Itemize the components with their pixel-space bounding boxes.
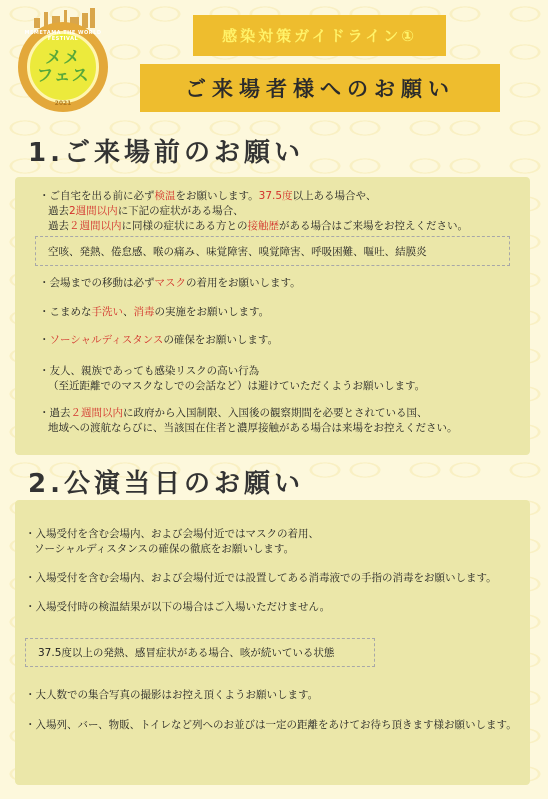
symptoms-list: 空咳、発熱、倦怠感、喉の痛み、味覚障害、嗅覚障害、呼吸困難、嘔吐、結膜炎 (48, 244, 427, 259)
text: ・ (39, 334, 50, 346)
text: に同様の症状にある方との (122, 220, 248, 232)
text: の実施をお願いします。 (155, 306, 270, 318)
section1-item-mask: ・会場までの移動は必ずマスクの着用をお願いします。 (39, 276, 520, 291)
text: ・会場までの移動は必ず (39, 277, 155, 289)
festival-logo: メメ フェス MEMETAMA THE WORLD FESTIVAL 2021 (14, 8, 112, 112)
logo-text-line2: フェス (36, 67, 89, 85)
section1-item-handwash: ・こまめな手洗い、消毒の実施をお願いします。 (39, 305, 520, 320)
fever-conditions: 37.5度以上の発熱、感冒症状がある場合、咳が続いている状態 (38, 645, 334, 660)
section2-item-sanitize: ・入場受付を含む会場内、および会場付近では設置してある消毒液での手指の消毒をお願… (25, 571, 520, 586)
text: の確保をお願いします。 (163, 334, 278, 346)
text: 過去 (48, 205, 69, 217)
section2-item-group-photo: ・大人数での集合写真の撮影はお控え頂くようお願いします。 (25, 688, 520, 703)
section2-item-temperature-check: ・入場受付時の検温結果が以下の場合はご入場いただけません。 (25, 600, 520, 615)
highlight-text: 手洗い (92, 306, 124, 318)
text: がある場合はご来場をお控えください。 (279, 220, 468, 232)
text: ・こまめな (39, 306, 92, 318)
text: に下記の症状がある場合、 (118, 205, 244, 217)
section2-title: 2.公演当日のお願い (28, 463, 304, 500)
highlight-text: ソーシャルディスタンス (50, 334, 164, 346)
text: 以上ある場合や、 (293, 190, 377, 202)
text: ・過去 (39, 407, 71, 419)
section2-card: ・入場受付を含む会場内、および会場付近ではマスクの着用、 ソーシャルディスタンス… (15, 500, 530, 785)
text: をお願いします。 (176, 190, 259, 202)
text: ・友人、親族であっても感染リスクの高い行為 (39, 364, 520, 379)
highlight-text: 検温 (155, 190, 176, 202)
section1-item-temperature: ・ご自宅を出る前に必ず検温をお願いします。37.5度以上ある場合や、 過去2週間… (39, 189, 520, 234)
text: ソーシャルディスタンスの確保の徹底をお願いします。 (25, 542, 520, 557)
section1-item-travel: ・過去２週間以内に政府から入国制限、入国後の観察期間を必要とされている国、 地域… (39, 406, 520, 436)
highlight-text: ２週間以内 (69, 220, 122, 232)
text: 、 (123, 306, 134, 318)
text: （至近距離でのマスクなしでの会話など）は避けていただくようお願いします。 (39, 379, 520, 394)
text: ・入場受付時の検温結果が以下の場合はご入場いただけません。 (25, 600, 520, 615)
highlight-text: マスク (155, 277, 187, 289)
highlight-text: 37.5度 (259, 190, 293, 202)
logo-arc-text: MEMETAMA THE WORLD FESTIVAL (14, 30, 112, 42)
section1-title: 1.ご来場前のお願い (28, 132, 304, 169)
page-title-badge: ご来場者様へのお願い (140, 64, 500, 112)
highlight-text: ２週間以内 (71, 407, 124, 419)
section2-item-mask: ・入場受付を含む会場内、および会場付近ではマスクの着用、 ソーシャルディスタンス… (25, 527, 520, 557)
section2-item-queue: ・入場列、バー、物販、トイレなど列へのお並びは一定の距離をあけてお待ち頂きます様… (25, 718, 520, 733)
logo-year: 2021 (14, 100, 112, 107)
guideline-subtitle: 感染対策ガイドライン① (222, 25, 417, 46)
text: ・ご自宅を出る前に必ず (39, 190, 155, 202)
text: に政府から入国制限、入国後の観察期間を必要とされている国、 (123, 407, 428, 419)
symptoms-box: 空咳、発熱、倦怠感、喉の痛み、味覚障害、嗅覚障害、呼吸困難、嘔吐、結膜炎 (35, 236, 510, 266)
text: ・入場列、バー、物販、トイレなど列へのお並びは一定の距離をあけてお待ち頂きます様… (25, 718, 520, 733)
highlight-text: 消毒 (134, 306, 155, 318)
section1-item-distance: ・ソーシャルディスタンスの確保をお願いします。 (39, 333, 520, 348)
highlight-text: 2週間以内 (69, 205, 118, 217)
page-title: ご来場者様へのお願い (185, 73, 455, 103)
text: ・大人数での集合写真の撮影はお控え頂くようお願いします。 (25, 688, 520, 703)
text: ・入場受付を含む会場内、および会場付近では設置してある消毒液での手指の消毒をお願… (25, 571, 520, 586)
text: 過去 (48, 220, 69, 232)
section1-item-friends: ・友人、親族であっても感染リスクの高い行為 （至近距離でのマスクなしでの会話など… (39, 364, 520, 394)
text: 地域への渡航ならびに、当該国在住者と濃厚接触がある場合は来場をお控えください。 (39, 421, 520, 436)
guideline-subtitle-badge: 感染対策ガイドライン① (193, 15, 446, 56)
section1-card: ・ご自宅を出る前に必ず検温をお願いします。37.5度以上ある場合や、 過去2週間… (15, 177, 530, 455)
highlight-text: 接触歴 (248, 220, 280, 232)
text: ・入場受付を含む会場内、および会場付近ではマスクの着用、 (25, 527, 520, 542)
text: の着用をお願いします。 (186, 277, 301, 289)
logo-text-line1: メメ (45, 49, 81, 67)
fever-box: 37.5度以上の発熱、感冒症状がある場合、咳が続いている状態 (25, 638, 375, 667)
